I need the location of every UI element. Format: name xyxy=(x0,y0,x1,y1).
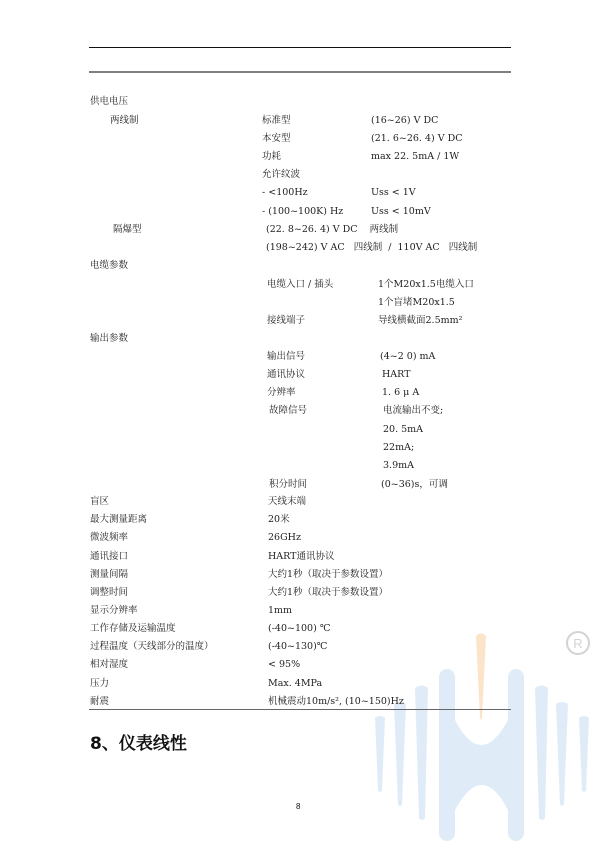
header-rule-top xyxy=(89,47,511,48)
section-heading: 8、仪表线性 xyxy=(90,729,187,754)
spec-name: 耐震 xyxy=(90,696,109,708)
spec-value: Uss < 1V xyxy=(371,187,416,199)
spec-value: Uss < 10mV xyxy=(371,206,431,218)
spec-value: 3.9mA xyxy=(383,460,414,472)
spec-value: Max. 4MPa xyxy=(268,678,322,690)
subsection-label-explosion-proof: 隔爆型 xyxy=(113,224,142,236)
spec-value: (0~36)s，可调 xyxy=(381,479,448,491)
spec-value: 1个M20x1.5电缆入口 xyxy=(378,279,474,291)
header-rule-bottom xyxy=(89,71,511,73)
spec-value: 1. 6 μ A xyxy=(382,387,419,399)
spec-value: 1mm xyxy=(268,605,292,617)
spec-name: 调整时间 xyxy=(90,587,128,599)
spec-name: 电缆入口 / 插头 xyxy=(267,279,333,291)
spec-name: 分辨率 xyxy=(267,387,296,399)
spec-value: HART通讯协议 xyxy=(268,551,334,563)
section-label-output: 输出参数 xyxy=(90,333,128,345)
brand-logo-icon: R xyxy=(360,600,600,848)
spec-value: 导线横截面2.5mm² xyxy=(378,315,462,327)
spec-name: 过程温度（天线部分的温度） xyxy=(90,641,214,653)
subsection-label-two-wire: 两线制 xyxy=(110,115,139,127)
spec-value: (-40~100) ℃ xyxy=(268,623,330,635)
spec-value: 20米 xyxy=(268,514,290,526)
spec-name: - (100~100K) Hz xyxy=(262,206,343,218)
registered-mark-icon: R xyxy=(567,632,589,654)
spec-value: (4~2 0) mA xyxy=(380,351,435,363)
spec-name: 通讯协议 xyxy=(267,369,305,381)
spec-value: 1个盲堵M20x1.5 xyxy=(378,297,455,309)
section-label-cable: 电缆参数 xyxy=(90,260,128,272)
spec-name: 故障信号 xyxy=(269,405,307,417)
spec-name: 标准型 xyxy=(262,115,291,127)
spec-name: 最大测量距离 xyxy=(90,514,147,526)
spec-value: 大约1秒（取决于参数设置） xyxy=(268,587,388,599)
spec-value: (-40~130)℃ xyxy=(268,641,327,653)
spec-value: 20. 5mA xyxy=(383,424,423,436)
spec-name: 工作存储及运输温度 xyxy=(90,623,176,635)
spec-name: 允许纹波 xyxy=(262,169,300,181)
spec-name: 输出信号 xyxy=(267,351,305,363)
spec-name: 微波频率 xyxy=(90,532,128,544)
svg-text:R: R xyxy=(573,636,582,651)
spec-name: 积分时间 xyxy=(269,479,307,491)
spec-name: 接线端子 xyxy=(267,315,305,327)
spec-name: 盲区 xyxy=(90,496,109,508)
table-bottom-rule xyxy=(89,709,511,710)
spec-value: 机械震动10m/s², (10~150)Hz xyxy=(268,696,404,708)
spec-value: max 22. 5mA / 1W xyxy=(371,151,459,163)
spec-value: HART xyxy=(382,369,410,381)
spec-value: 26GHz xyxy=(268,532,301,544)
spec-name: - <100Hz xyxy=(262,187,308,199)
spec-value: 大约1秒（取决于参数设置） xyxy=(268,569,388,581)
spec-value: 22mA; xyxy=(383,442,414,454)
spec-name: 压力 xyxy=(90,678,109,690)
spec-name: 显示分辨率 xyxy=(90,605,138,617)
spec-value: (22. 8~26. 4) V DC 两线制 xyxy=(266,224,398,236)
section-label-power-supply: 供电电压 xyxy=(90,96,128,108)
page-number: 8 xyxy=(296,802,300,811)
spec-value: (16~26) V DC xyxy=(371,115,438,127)
spec-value: 电流输出不变; xyxy=(383,405,443,417)
spec-name: 测量间隔 xyxy=(90,569,128,581)
spec-value: 天线末端 xyxy=(268,496,306,508)
spec-value: (198~242) V AC 四线制 / 110V AC 四线制 xyxy=(266,242,477,254)
spec-value: < 95% xyxy=(268,659,300,671)
spec-name: 相对湿度 xyxy=(90,659,128,671)
spec-name: 本安型 xyxy=(262,133,291,145)
spec-name: 通讯接口 xyxy=(90,551,128,563)
spec-name: 功耗 xyxy=(262,151,281,163)
spec-value: (21. 6~26. 4) V DC xyxy=(371,133,463,145)
